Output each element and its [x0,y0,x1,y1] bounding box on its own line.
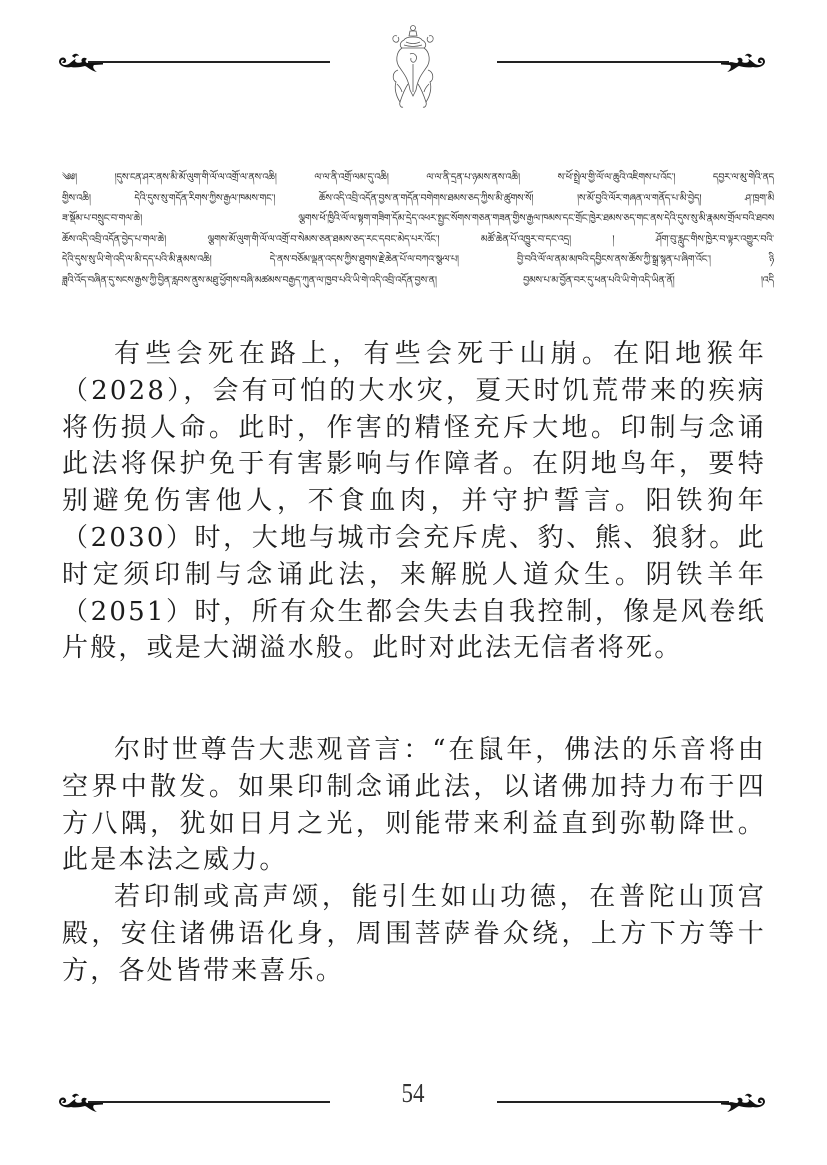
conch-shell-icon [386,24,440,110]
body-section-2: 尔时世尊告大悲观音言：“在鼠年，佛法的乐音将由空界中散发。如果印制念诵此法，以诸… [62,732,766,990]
tibetan-line: ཟླའི་འོད་བཞིན་དུ་སངས་རྒྱས་ཀྱི་བྱིན་རླབས་… [62,271,774,292]
tibetan-line: གྱིས་འཆི། དེའི་དུས་སུ་གདོན་རིགས་ཀྱིས་རྒྱ… [62,189,774,210]
body-paragraph: 若印制或高声颂，能引生如山功德，在普陀山顶宫殿，安住诸佛语化身，周围菩萨眷众绕，… [62,879,766,989]
body-paragraph: 有些会死在路上，有些会死于山崩。在阳地猴年（2028），会有可怕的大水灾，夏天时… [62,336,766,667]
tibetan-line: ཆོས་འདི་འབྲི་འདོན་བྱེད་པ་གལ་ཆེ། ལྕགས་མོ་… [62,230,774,251]
body-paragraph: 尔时世尊告大悲观音言：“在鼠年，佛法的乐音将由空界中散发。如果印制念诵此法，以诸… [62,732,766,879]
tibetan-line: ཟ་སྡོམ་པ་བསྲུང་བ་གལ་ཆེ། ལྕགས་ཕོ་ཁྱིའི་ལོ… [62,209,774,230]
body-section-1: 有些会死在路上，有些会死于山崩。在阳地猴年（2028），会有可怕的大水灾，夏天时… [62,336,766,667]
tibetan-line: དེའི་དུས་སུ་ཡི་གེ་འདི་ལ་མི་དད་པའི་མི་རྣམ… [62,250,774,271]
header-rule-left [88,61,330,63]
header-rule-right [497,61,729,63]
page-number: 54 [385,1078,441,1109]
tibetan-text-block: ༄༅། །དུས་ངན་ཤར་ནས་མི་མོ་ལུག་གི་ལོ་ལ་འགྲོ… [62,168,774,291]
flourish-right-icon [720,48,768,74]
tibetan-line: ༄༅། །དུས་ངན་ཤར་ནས་མི་མོ་ལུག་གི་ལོ་ལ་འགྲོ… [62,168,774,189]
footer-rule-right [497,1101,729,1103]
flourish-right-icon [720,1088,768,1114]
footer-rule-left [88,1101,330,1103]
